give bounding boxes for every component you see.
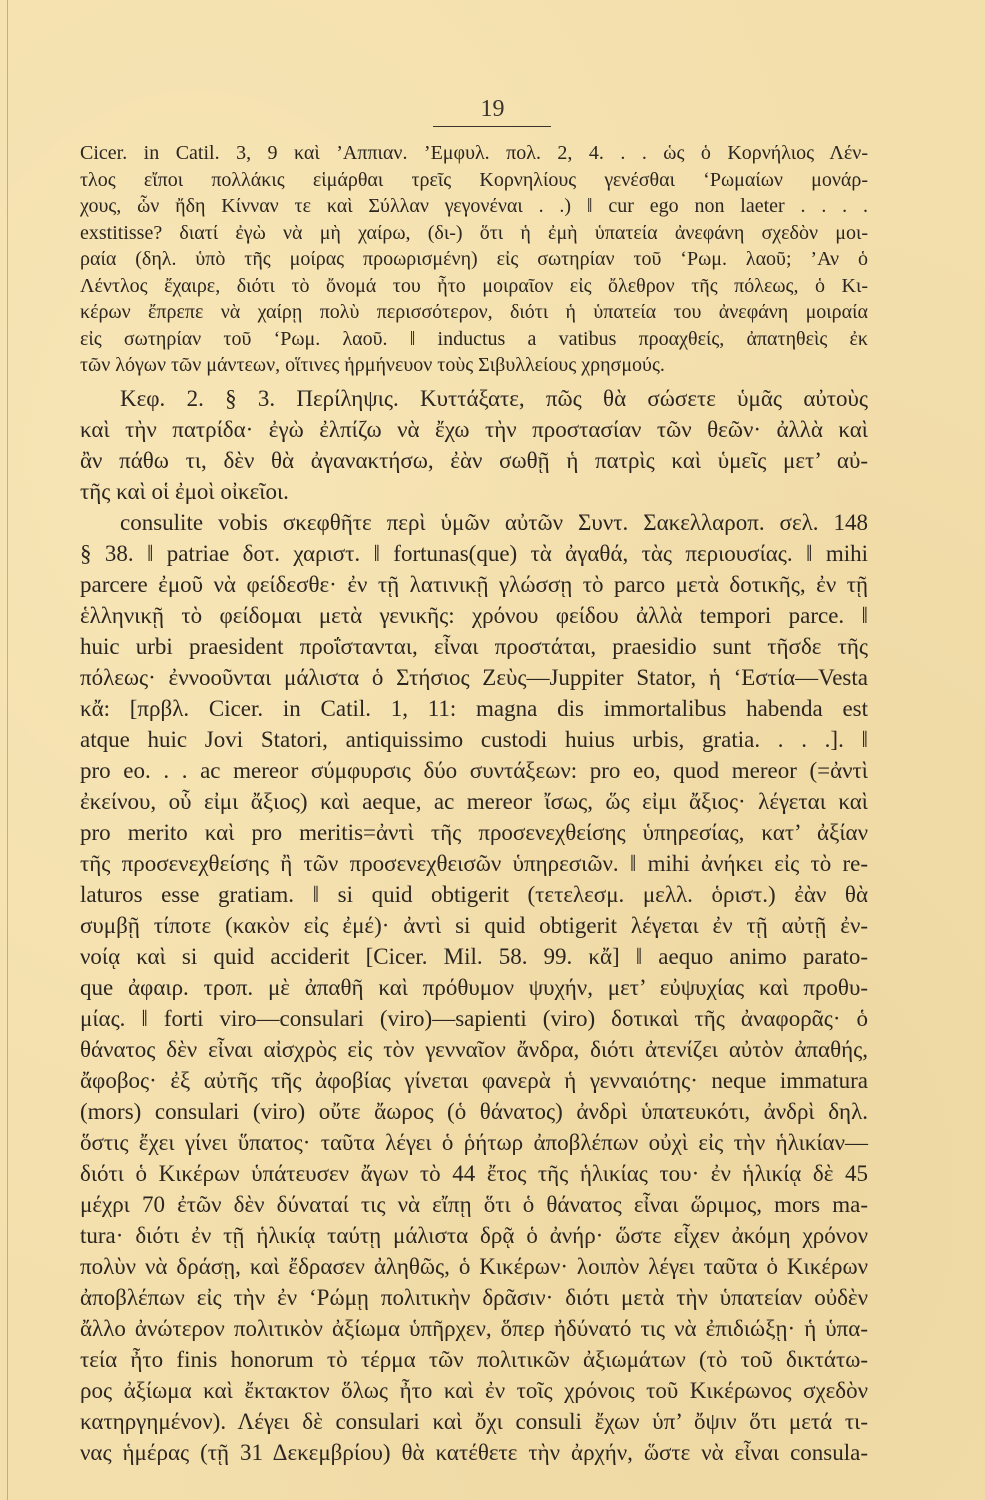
text-line: τῶν λόγων τῶν μάντεων, οἵτινες ἡρμήνευον… bbox=[80, 352, 868, 379]
chapter-summary-line: τῆς καὶ οἱ ἐμοὶ οἰκεῖοι. bbox=[80, 476, 868, 507]
commentary-line: ἄφοβος· ἐξ αὐτῆς τῆς ἀφοβίας γίνεται φαν… bbox=[80, 1065, 868, 1096]
commentary-line: pro eo. . . ac mereor σύμφυρσις δύο συντ… bbox=[80, 755, 868, 786]
commentary-line: ἐκείνου, οὗ εἰμι ἄξιος) καὶ aeque, ac me… bbox=[80, 786, 868, 817]
commentary-line: μέχρι 70 ἐτῶν δὲν δύναταί τις νὰ εἴπῃ ὅτ… bbox=[80, 1189, 868, 1220]
text-line: τλος εἴποι πολλάκις εἱμάρθαι τρεῖς Κορνη… bbox=[80, 167, 868, 194]
page-number-underline bbox=[433, 126, 551, 127]
text-line: Λέντλος ἔχαιρε, διότι τὸ ὄνομά του ἦτο μ… bbox=[80, 273, 868, 300]
page-body: Cicer. in Catil. 3, 9 καὶ ’Αππιαν. ’Εμφυ… bbox=[80, 140, 868, 1468]
commentary-line: que ἀφαιρ. τροπ. μὲ ἀπαθῆ καὶ πρόθυμον ψ… bbox=[80, 972, 868, 1003]
page-edge-line bbox=[7, 0, 8, 1500]
text-line: κέρων ἔπρεπε νὰ χαίρῃ πολὺ περισσότερον,… bbox=[80, 299, 868, 326]
text-line: εἰς σωτηρίαν τοῦ ‘Ρωμ. λαοῦ. ‖ inductus … bbox=[80, 326, 868, 353]
commentary-line: μίας. ‖ forti viro—consulari (viro)—sapi… bbox=[80, 1003, 868, 1034]
text-line: ραία (δηλ. ὑπὸ τῆς μοίρας προωρισμένη) ε… bbox=[80, 246, 868, 273]
commentary-line: τεία ἦτο finis honorum τὸ τέρμα τῶν πολι… bbox=[80, 1344, 868, 1375]
commentary-line: (mors) consulari (viro) οὔτε ἄωρος (ὁ θά… bbox=[80, 1096, 868, 1127]
commentary-line: ἑλληνικῇ τὸ φείδομαι μετὰ γενικῆς: χρόνο… bbox=[80, 600, 868, 631]
commentary-line: parcere ἐμοῦ νὰ φείδεσθε· ἐν τῇ λατινικῇ… bbox=[80, 569, 868, 600]
commentary-line: πόλεως· ἐννοοῦνται μάλιστα ὁ Στήσιος Ζεὺ… bbox=[80, 662, 868, 693]
text-line: χους, ὧν ἤδη Κίνναν τε καὶ Σύλλαν γεγονέ… bbox=[80, 193, 868, 220]
chapter-summary-line: ἂν πάθω τι, δὲν θὰ ἀγανακτήσω, ἐὰν σωθῇ … bbox=[80, 445, 868, 476]
commentary-line: laturos esse gratiam. ‖ si quid obtigeri… bbox=[80, 879, 868, 910]
commentary-line: κατηργημένον). Λέγει δὲ consulari καὶ ὄχ… bbox=[80, 1406, 868, 1437]
commentary-line: νοίᾳ καὶ si quid acciderit [Cicer. Mil. … bbox=[80, 941, 868, 972]
commentary-line: συμβῇ τίποτε (κακὸν εἰς ἐμέ)· ἀντὶ si qu… bbox=[80, 910, 868, 941]
text-line: Cicer. in Catil. 3, 9 καὶ ’Αππιαν. ’Εμφυ… bbox=[80, 140, 868, 167]
commentary-line: κἄ: [πρβλ. Cicer. in Catil. 1, 11: magna… bbox=[80, 693, 868, 724]
commentary-line: ἀποβλέπων εἰς τὴν ἐν ‘Ρώμῃ πολιτικὴν δρᾶ… bbox=[80, 1282, 868, 1313]
commentary-line: consulite vobis σκεφθῆτε περὶ ὑμῶν αὐτῶν… bbox=[80, 507, 868, 538]
chapter-summary-line: Κεφ. 2. § 3. Περίληψις. Κυττάξατε, πῶς θ… bbox=[80, 383, 868, 414]
commentary-line: huic urbi praesident προΐστανται, εἶναι … bbox=[80, 631, 868, 662]
chapter-summary-line: καὶ τὴν πατρίδα· ἐγὼ ἐλπίζω νὰ ἔχω τὴν π… bbox=[80, 414, 868, 445]
text-line: exstitisse? διατί ἐγὼ νὰ μὴ χαίρω, (δι-)… bbox=[80, 220, 868, 247]
commentary-line: pro merito καὶ pro meritis=ἀντὶ τῆς προσ… bbox=[80, 817, 868, 848]
commentary-line: θάνατος δὲν εἶναι αἰσχρὸς εἰς τὸν γενναῖ… bbox=[80, 1034, 868, 1065]
commentary-line: τῆς προσενεχθείσης ἢ τῶν προσενεχθεισῶν … bbox=[80, 848, 868, 879]
commentary-line: διότι ὁ Κικέρων ὑπάτευσεν ἄγων τὸ 44 ἔτο… bbox=[80, 1158, 868, 1189]
commentary-line: πολὺν νὰ δράσῃ, καὶ ἔδρασεν ἀληθῶς, ὁ Κι… bbox=[80, 1251, 868, 1282]
commentary-line: ὅστις ἔχει γίνει ὕπατος· ταῦτα λέγει ὁ ῥ… bbox=[80, 1127, 868, 1158]
commentary-line: tura· διότι ἐν τῇ ἡλικίᾳ ταύτῃ μάλιστα δ… bbox=[80, 1220, 868, 1251]
commentary-line: ρος ἀξίωμα καὶ ἔκτακτον ὅλως ἦτο καὶ ἐν … bbox=[80, 1375, 868, 1406]
commentary-line: ἄλλο ἀνώτερον πολιτικὸν ἀξίωμα ὑπῆρχεν, … bbox=[80, 1313, 868, 1344]
page-number: 19 bbox=[0, 96, 985, 123]
commentary-line: atque huic Jovi Statori, antiquissimo cu… bbox=[80, 724, 868, 755]
commentary-line: νας ἡμέρας (τῇ 31 Δεκεμβρίου) θὰ κατέθετ… bbox=[80, 1437, 868, 1468]
commentary-line: § 38. ‖ patriae δοτ. χαριστ. ‖ fortunas(… bbox=[80, 538, 868, 569]
